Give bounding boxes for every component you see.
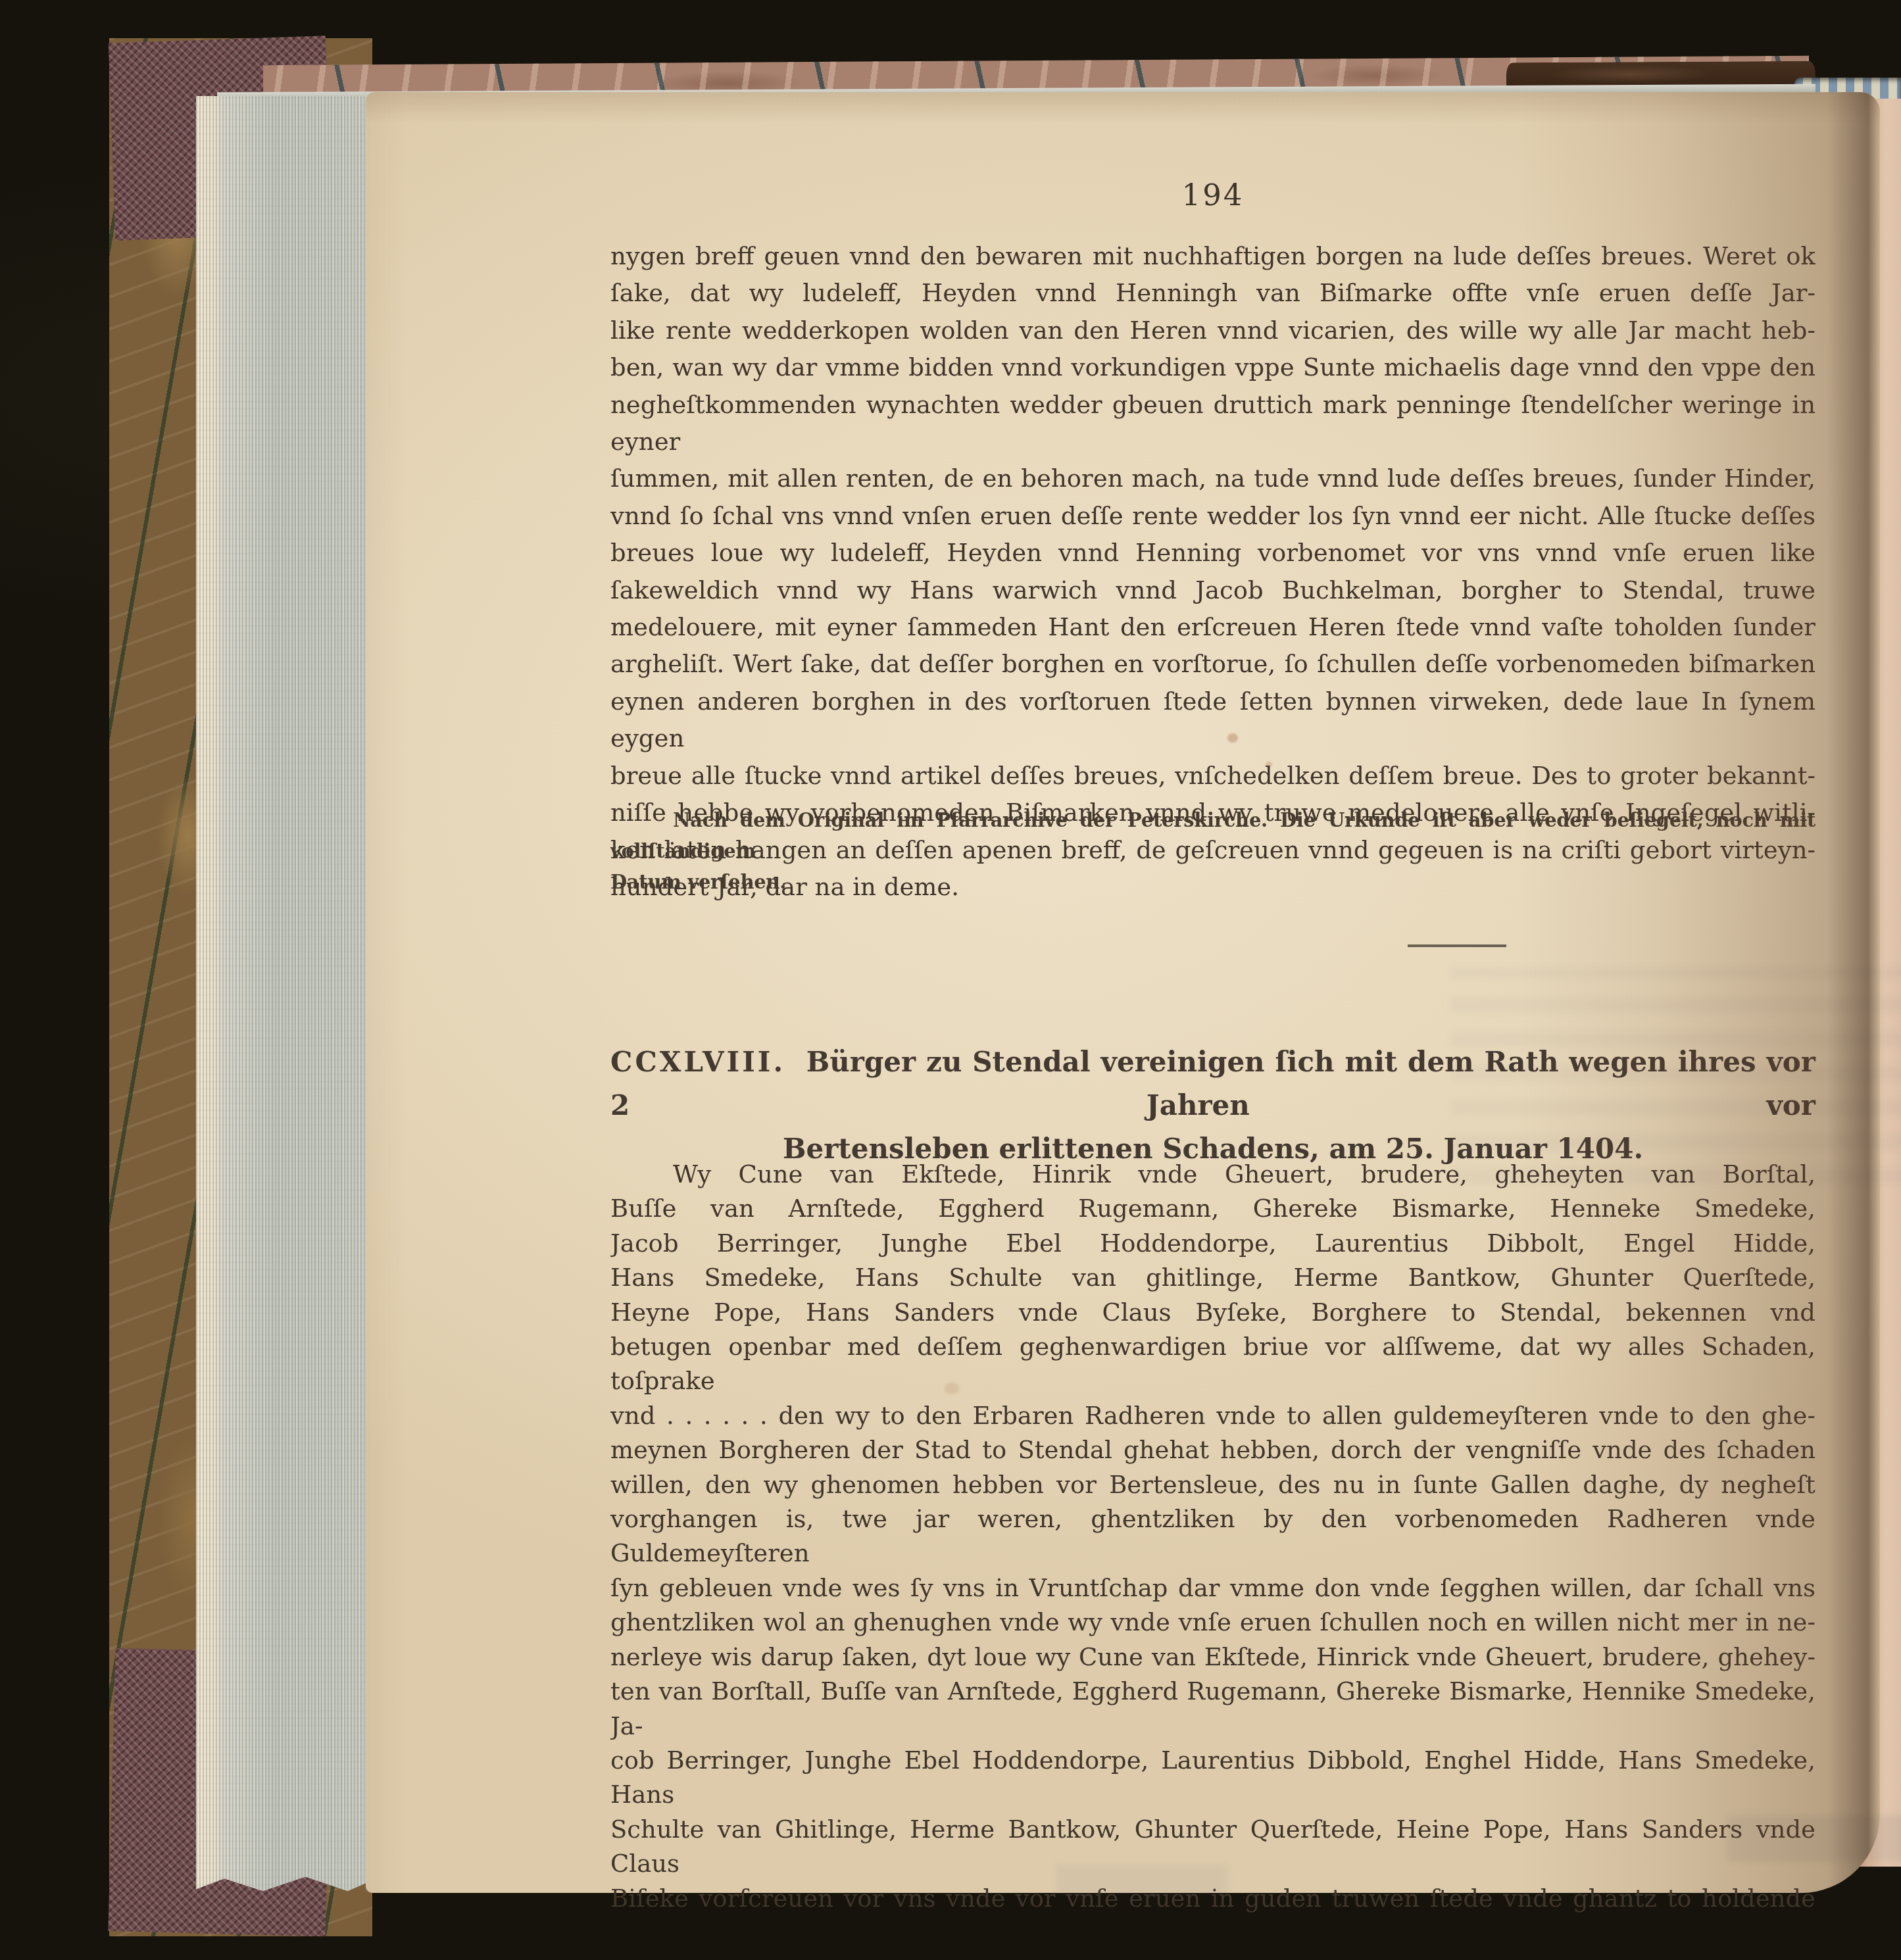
book-page: 194 nygen breff geuen vnnd den bewaren m… — [366, 92, 1880, 1893]
charter-heading: CCXLVIII. Bürger zu Stendal vereinigen ſ… — [610, 1041, 1815, 1171]
text-line: Hans Smedeke, Hans Schulte van ghitlinge… — [610, 1261, 1815, 1295]
text-line: like rente wedderkopen wolden van den He… — [610, 312, 1815, 349]
text-line: breue alle ſtucke vnnd artikel deſſes br… — [610, 758, 1815, 795]
text-line: ten van Borſtall, Buſſe van Arnſtede, Eg… — [610, 1675, 1815, 1744]
page-number: 194 — [610, 178, 1815, 212]
text-line: willen, den wy ghenomen hebben vor Berte… — [610, 1468, 1815, 1502]
text-line: betugen openbar med deſſem geghenwardige… — [610, 1330, 1815, 1399]
text-line: Heyne Pope, Hans Sanders vnde Claus Byſe… — [610, 1296, 1815, 1330]
text-line: Datum verſehen. — [610, 867, 1815, 898]
text-line: eynen anderen borghen in des vorſtoruen … — [610, 683, 1815, 758]
charter-number: CCXLVIII. — [610, 1046, 785, 1078]
text-line: Jacob Berringer, Junghe Ebel Hoddendorpe… — [610, 1227, 1815, 1261]
text-line: ſyn gebleuen vnde wes ſy vns in Vruntſch… — [610, 1571, 1815, 1605]
charter-title-part1: Bürger zu Stendal vereinigen ſich mit de… — [610, 1046, 1815, 1121]
text-line: argheliſt. Wert ſake, dat deſſer borghen… — [610, 646, 1815, 683]
text-line: cob Berringer, Junghe Ebel Hoddendorpe, … — [610, 1744, 1815, 1813]
text-line: ſakeweldich vnnd wy Hans warwich vnnd Ja… — [610, 572, 1815, 609]
text-line: Biſeke vorſcreuen vor vns vnde vor vnſe … — [610, 1882, 1815, 1916]
text-line: nerleye wis darup ſaken, dyt loue wy Cun… — [610, 1640, 1815, 1675]
text-line: medelouere, mit eyner ſammeden Hant den … — [610, 609, 1815, 646]
text-line: ghentzliken wol an ghenughen vnde wy vnd… — [610, 1605, 1815, 1640]
page-stack-fore-edge — [196, 96, 372, 1893]
text-line: Schulte van Ghitlinge, Herme Bantkow, Gh… — [610, 1813, 1815, 1882]
text-line: vnnd ſo ſchal vns vnnd vnſen eruen deſſe… — [610, 498, 1815, 535]
text-block: 194 nygen breff geuen vnnd den bewaren m… — [610, 92, 1815, 1893]
text-line: vorghangen is, twe jar weren, ghentzlike… — [610, 1502, 1815, 1571]
charter-heading-line1: CCXLVIII. Bürger zu Stendal vereinigen ſ… — [610, 1041, 1815, 1127]
text-line: Buſſe van Arnſtede, Eggherd Rugemann, Gh… — [610, 1192, 1815, 1226]
text-line: nygen breff geuen vnnd den bewaren mit n… — [610, 238, 1815, 275]
text-line: ſake, dat wy ludeleff, Heyden vnnd Henni… — [610, 275, 1815, 312]
charter-text-paragraph: Wy Cune van Ekſtede, Hinrik vnde Gheuert… — [610, 1158, 1815, 1916]
text-line: Nach dem Original im Pfarrarchive der Pe… — [610, 805, 1815, 867]
text-line: ſummen, mit allen renten, de en behoren … — [610, 460, 1815, 497]
text-line: breues loue wy ludeleff, Heyden vnnd Hen… — [610, 535, 1815, 572]
text-line: Wy Cune van Ekſtede, Hinrik vnde Gheuert… — [610, 1158, 1815, 1192]
text-line: vnd . . . . . . den wy to den Erbaren Ra… — [610, 1399, 1815, 1433]
text-line: negheſtkommenden wynachten wedder gbeuen… — [610, 387, 1815, 461]
section-divider-rule — [1408, 944, 1506, 947]
text-line: meynen Borgheren der Stad to Stendal ghe… — [610, 1433, 1815, 1467]
source-note: Nach dem Original im Pfarrarchive der Pe… — [610, 805, 1815, 898]
text-line: ben, wan wy dar vmme bidden vnnd vorkund… — [610, 349, 1815, 386]
book-scan: { "colors": { "background": "#14120c", "… — [0, 0, 1901, 1960]
